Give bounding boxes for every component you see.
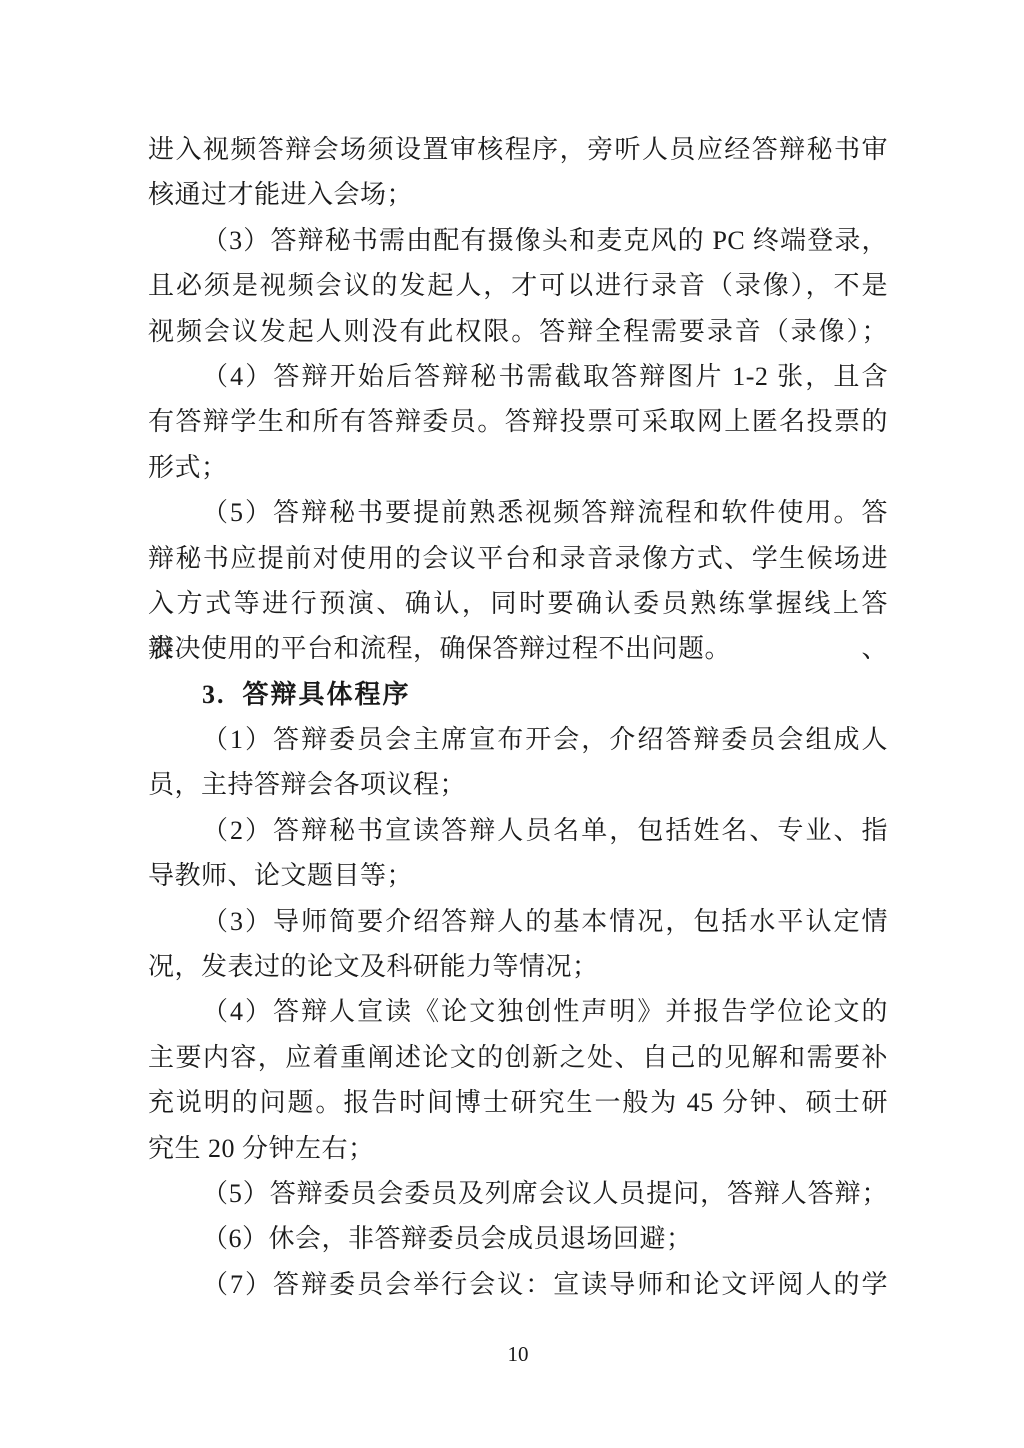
text-line: （3）导师简要介绍答辩人的基本情况，包括水平认定情 — [148, 899, 888, 944]
text-line: （1）答辩委员会主席宣布开会，介绍答辩委员会组成人 — [148, 717, 888, 762]
text-line: （4）答辩人宣读《论文独创性声明》并报告学位论文的 — [148, 989, 888, 1034]
text-line: 视频会议发起人则没有此权限。答辩全程需要录音（录像）； — [148, 309, 888, 354]
text-line: 辩秘书应提前对使用的会议平台和录音录像方式、学生候场进 — [148, 536, 888, 581]
text-line: （5）答辩委员会委员及列席会议人员提问，答辩人答辩； — [148, 1171, 888, 1216]
text-line: （2）答辩秘书宣读答辩人员名单，包括姓名、专业、指 — [148, 808, 888, 853]
text-line: 核通过才能进入会场； — [148, 172, 888, 217]
text-line: 主要内容，应着重阐述论文的创新之处、自己的见解和需要补 — [148, 1035, 888, 1080]
text-line: 况，发表过的论文及科研能力等情况； — [148, 944, 888, 989]
text-line: 进入视频答辩会场须设置审核程序，旁听人员应经答辩秘书审 — [148, 127, 888, 172]
page-number: 10 — [148, 1340, 888, 1368]
text-line: 有答辩学生和所有答辩委员。答辩投票可采取网上匿名投票的 — [148, 399, 888, 444]
document-page: 进入视频答辩会场须设置审核程序，旁听人员应经答辩秘书审核通过才能进入会场；（3）… — [0, 0, 1024, 1448]
text-line: （4）答辩开始后答辩秘书需截取答辩图片 1-2 张，且含 — [148, 354, 888, 399]
text-line: （7）答辩委员会举行会议：宣读导师和论文评阅人的学 — [148, 1262, 888, 1307]
text-line: 导教师、论文题目等； — [148, 853, 888, 898]
text-line: 究生 20 分钟左右； — [148, 1126, 888, 1171]
text-line: 充说明的问题。报告时间博士研究生一般为 45 分钟、硕士研 — [148, 1080, 888, 1125]
section-heading: 3. 答辩具体程序 — [148, 672, 888, 717]
text-line: 且必须是视频会议的发起人，才可以进行录音（录像），不是 — [148, 263, 888, 308]
text-line: （3）答辩秘书需由配有摄像头和麦克风的 PC 终端登录， — [148, 218, 888, 263]
text-line: （6）休会，非答辩委员会成员退场回避； — [148, 1216, 888, 1261]
body-text: 进入视频答辩会场须设置审核程序，旁听人员应经答辩秘书审核通过才能进入会场；（3）… — [148, 127, 888, 1307]
text-line: （5）答辩秘书要提前熟悉视频答辩流程和软件使用。答 — [148, 490, 888, 535]
text-line: 形式； — [148, 445, 888, 490]
text-line: 员，主持答辩会各项议程； — [148, 762, 888, 807]
text-line: 入方式等进行预演、确认，同时要确认委员熟练掌握线上答辩、 — [148, 581, 888, 626]
